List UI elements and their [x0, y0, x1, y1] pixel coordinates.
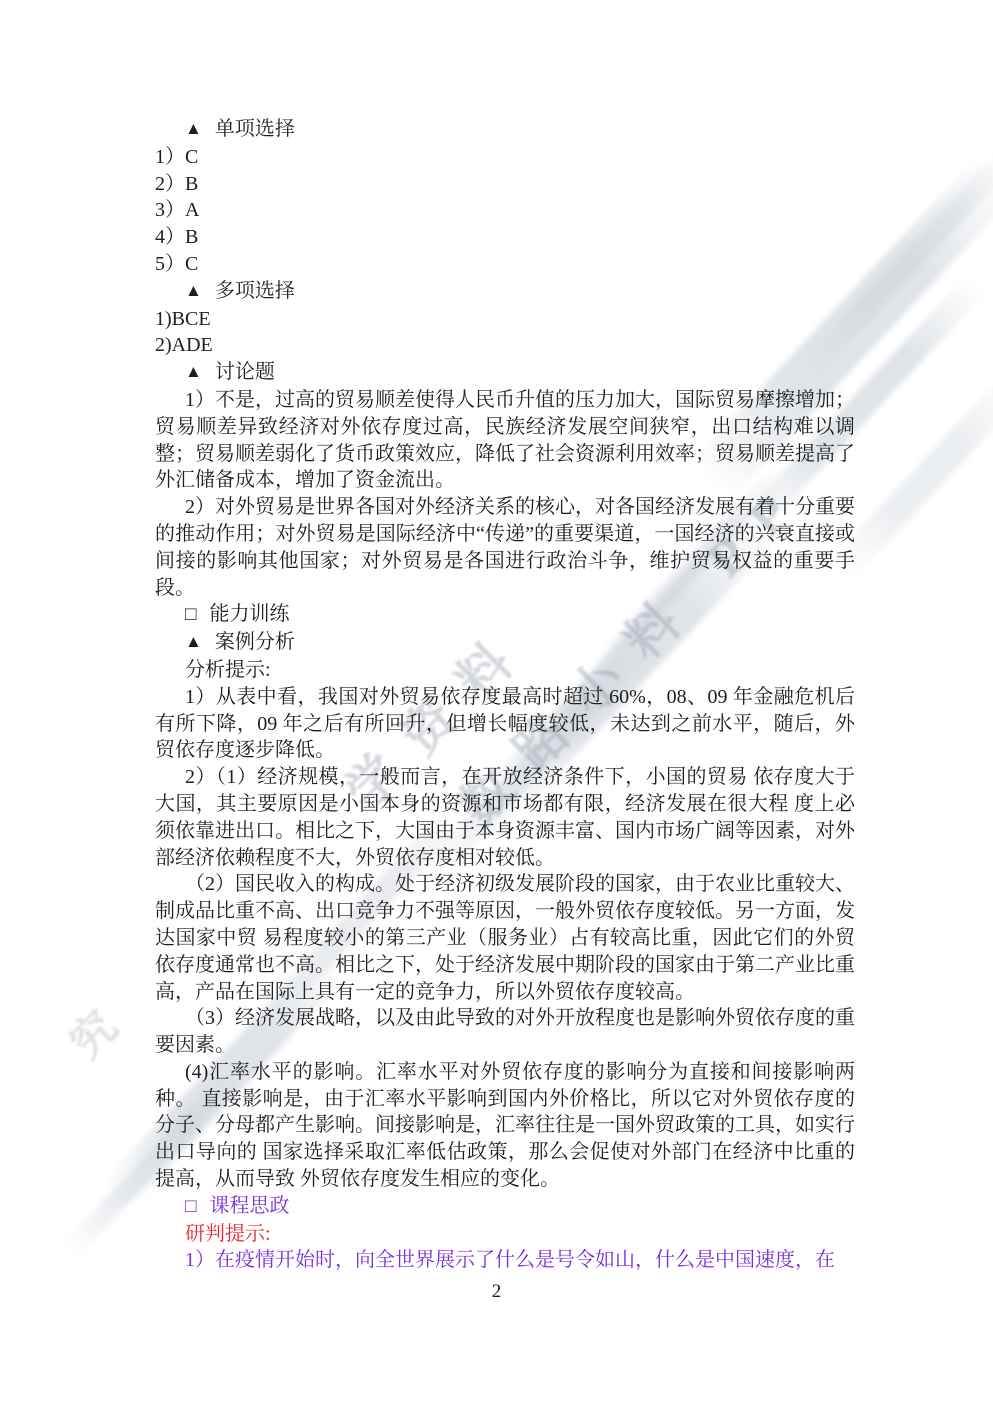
square-bullet-icon: □	[185, 602, 196, 629]
triangle-bullet-icon: ▲	[185, 116, 202, 143]
answer-line: 1）C	[155, 144, 855, 171]
section-heading: ▲讨论题	[155, 359, 855, 387]
watermark-text: 究	[52, 975, 147, 1070]
section-heading-label: 单项选择	[215, 118, 295, 140]
section-heading: ▲多项选择	[155, 278, 855, 306]
label-line: 研判提示:	[155, 1221, 855, 1248]
triangle-bullet-icon: ▲	[185, 359, 202, 386]
section-heading: ▲案例分析	[155, 629, 855, 657]
square-bullet-icon: □	[185, 1194, 196, 1221]
paragraph: 1）不是，过高的贸易顺差使得人民币升值的压力加大，国际贸易摩擦增加；贸易顺差异致…	[155, 387, 855, 494]
label-line: 分析提示:	[155, 657, 855, 684]
answer-line: 2)ADE	[155, 332, 855, 359]
document-body: ▲单项选择1）C2）B3）A4）B5）C▲多项选择1)BCE2)ADE▲讨论题1…	[155, 116, 855, 1274]
paragraph: 1）在疫情开始时，向全世界展示了什么是号令如山，什么是中国速度，在	[155, 1247, 855, 1274]
answer-line: 5）C	[155, 251, 855, 278]
section-heading-label: 课程思政	[209, 1195, 289, 1217]
section-heading-label: 讨论题	[215, 361, 275, 383]
page-number: 2	[0, 1281, 993, 1303]
section-heading: ▲单项选择	[155, 116, 855, 144]
paragraph: 2）（1）经济规模，一般而言，在开放经济条件下，小国的贸易 依存度大于大国，其主…	[155, 764, 855, 871]
paragraph: 1）从表中看，我国对外贸易依存度最高时超过 60%，08、09 年金融危机后有所…	[155, 684, 855, 764]
triangle-bullet-icon: ▲	[185, 629, 202, 656]
section-heading: □课程思政	[155, 1193, 855, 1221]
answer-line: 3）A	[155, 197, 855, 224]
answer-line: 1)BCE	[155, 306, 855, 333]
paragraph: 2）对外贸易是世界各国对外经济关系的核心，对各国经济发展有着十分重要的推动作用；…	[155, 494, 855, 601]
section-heading: □能力训练	[155, 601, 855, 629]
section-heading-label: 案例分析	[215, 631, 295, 653]
document-page: 学资料 数路小料 PP 究 ▲单项选择1）C2）B3）A4）B5）C▲多项选择1…	[0, 0, 993, 1404]
paragraph: （3）经济发展战略，以及由此导致的对外开放程度也是影响外贸依存度的重要因素。	[155, 1005, 855, 1059]
triangle-bullet-icon: ▲	[185, 278, 202, 305]
paragraph: （2）国民收入的构成。处于经济初级发展阶段的国家，由于农业比重较大、制成品比重不…	[155, 871, 855, 1005]
section-heading-label: 多项选择	[215, 280, 295, 302]
answer-line: 2）B	[155, 171, 855, 198]
answer-line: 4）B	[155, 224, 855, 251]
section-heading-label: 能力训练	[209, 603, 289, 625]
paragraph: (4)汇率水平的影响。汇率水平对外贸依存度的影响分为直接和间接影响两种。 直接影…	[155, 1059, 855, 1193]
